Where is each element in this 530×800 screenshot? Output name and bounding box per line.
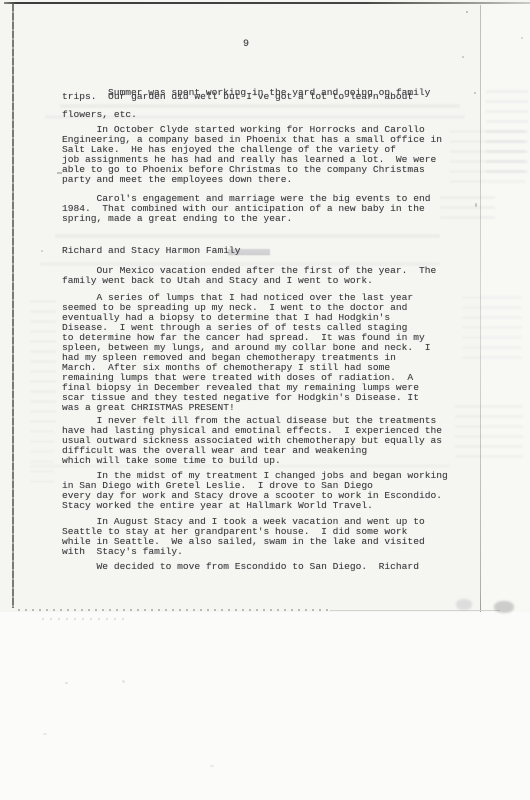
page-number: 9 (243, 39, 249, 50)
scan-speck (43, 733, 47, 735)
page-bottom-edge-dotted-line (18, 609, 333, 611)
scan-speck (41, 250, 43, 252)
text-line: We decided to move from Escondido to San… (62, 562, 474, 572)
text-line: was a great CHRISTMAS PRESENT! (62, 403, 474, 413)
scan-smudge (456, 599, 472, 610)
text-line: party and meet the employees down there. (62, 175, 474, 185)
scan-speck (475, 203, 477, 207)
bleedthrough-artifact (30, 300, 56, 430)
scan-speck (122, 680, 125, 683)
paragraph-job-change: In the midst of my treatment I changed j… (62, 471, 474, 511)
scan-area-below-page (0, 612, 530, 800)
scan-speck (210, 765, 214, 767)
scan-left-edge-line (12, 4, 14, 608)
paragraph-summer-garden: Summer was spent working in the yard and… (62, 89, 474, 120)
paragraph-seattle-vacation: In August Stacy and I took a week vacati… (62, 517, 474, 557)
text-line: spring, made a great ending to the year. (62, 214, 474, 224)
paragraph-hodgkins-disease: A series of lumps that I had noticed ove… (62, 293, 474, 413)
text-line: flowers, etc. (62, 110, 137, 120)
paragraph-carol-engagement: Carol's engagement and marriage were the… (62, 194, 474, 224)
text-line: Stacy worked the entire year at Hallmark… (62, 501, 474, 511)
scan-speck (466, 11, 468, 13)
page-bottom-edge-faint-line (330, 610, 500, 611)
scan-speck (462, 56, 464, 58)
scan-speck (521, 37, 523, 39)
paragraph-treatment-effects: I never felt ill from the actual disease… (62, 416, 474, 466)
paragraph-october-job: In October Clyde started working for Hor… (62, 125, 474, 185)
text-line: with Stacy's family. (62, 547, 474, 557)
scan-speck (474, 92, 476, 94)
section-heading: Richard and Stacy Harmon Family (62, 246, 474, 256)
text-line: family went back to Utah and Stacy and I… (62, 276, 474, 286)
scan-top-edge-line (4, 2, 530, 4)
text-line: trips. Our garden did well but I've got … (62, 92, 413, 102)
scan-smudge (494, 601, 514, 613)
scan-speck (65, 682, 68, 684)
paragraph-mexico-vacation: Our Mexico vacation ended after the firs… (62, 266, 474, 286)
paragraph-move-san-diego: We decided to move from Escondido to San… (62, 562, 474, 572)
text-line: which will take some time to build up. (62, 456, 474, 466)
bleedthrough-artifact (30, 430, 54, 485)
scan-dotted-artifact (42, 618, 126, 620)
page-content: Summer was spent working in the yard and… (62, 89, 474, 572)
